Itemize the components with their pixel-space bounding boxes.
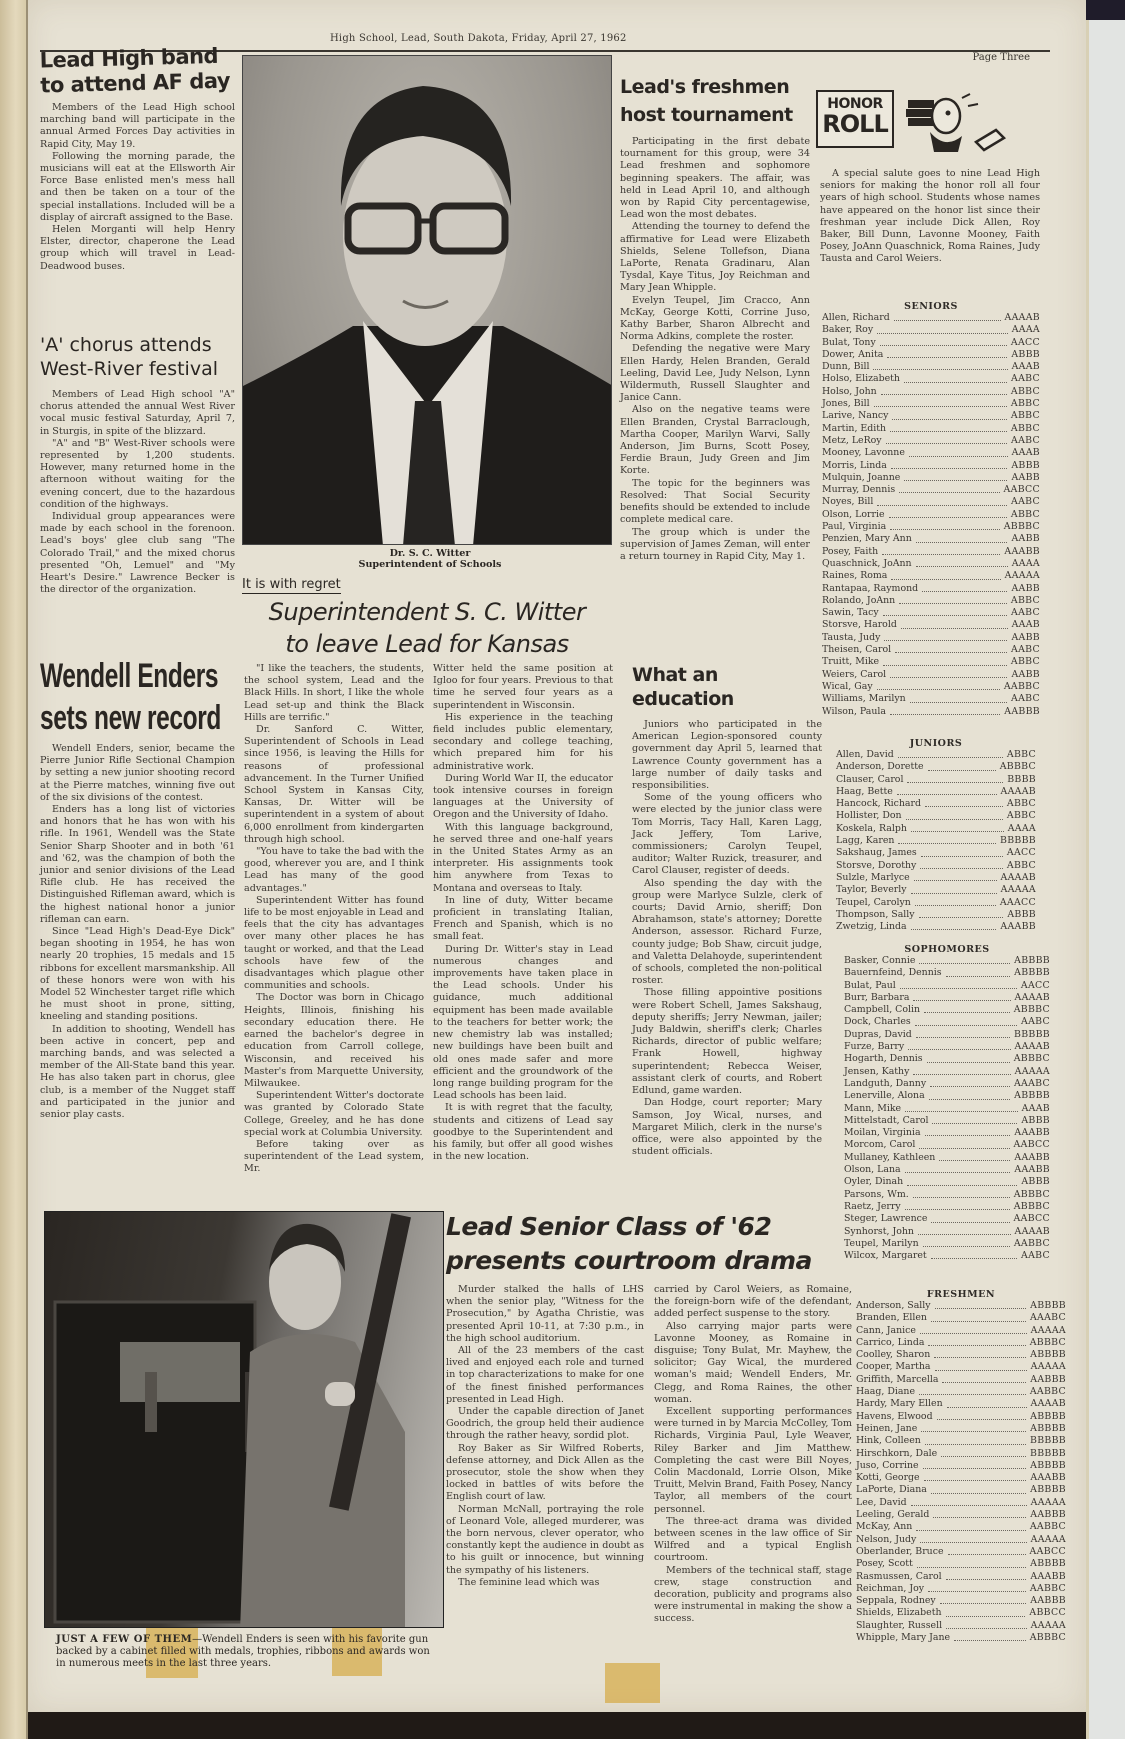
- student-grades: ABBC: [1011, 423, 1040, 435]
- honor-roll-row: Clauser, CarolBBBB: [836, 774, 1036, 786]
- honor-roll-row: Larive, NancyABBC: [822, 410, 1040, 422]
- background-edge: [28, 1712, 1086, 1739]
- honor-roll-row: Havens, ElwoodABBBB: [856, 1411, 1066, 1423]
- student-name: Sulzle, Marlyce: [836, 872, 910, 884]
- paragraph: The Doctor was born in Chicago Heights, …: [244, 992, 424, 1090]
- photo-illustration: [45, 1212, 444, 1628]
- caption-title: Superintendent of Schools: [330, 559, 530, 570]
- student-name: Steger, Lawrence: [844, 1213, 927, 1225]
- student-grades: AAABC: [1014, 1078, 1050, 1090]
- honor-roll-row: Jones, BillABBC: [822, 398, 1040, 410]
- paragraph: The topic for the beginners was Resolved…: [620, 478, 810, 527]
- honor-roll-row: Olson, LanaAAABB: [844, 1164, 1050, 1176]
- witter-body-col2: Witter held the same position at Igloo f…: [433, 663, 613, 1163]
- student-name: Bulat, Paul: [844, 980, 896, 992]
- student-name: Murray, Dennis: [822, 484, 895, 496]
- honor-roll-row: Holso, ElizabethAABC: [822, 373, 1040, 385]
- honor-roll-row: Zwetzig, LindaAAABB: [836, 921, 1036, 933]
- debate-body: Participating in the first debate tourna…: [620, 136, 810, 563]
- student-grades: AAAAB: [1031, 1398, 1066, 1410]
- leader-dots: [883, 656, 1007, 665]
- paragraph: Members of the technical staff, stage cr…: [654, 1565, 852, 1626]
- honor-roll-row: Thompson, SallyABBB: [836, 909, 1036, 921]
- student-grades: AAAAB: [1015, 1041, 1050, 1053]
- leader-dots: [933, 1509, 1026, 1518]
- student-grades: BBBBB: [1030, 1435, 1066, 1447]
- leader-dots: [890, 521, 1000, 530]
- leader-dots: [886, 435, 1007, 444]
- seniors-list: SENIORS Allen, RichardAAAABBaker, RoyAAA…: [822, 301, 1040, 718]
- student-grades: AAAAB: [1015, 992, 1050, 1004]
- student-name: Mann, Mike: [844, 1103, 901, 1115]
- leader-dots: [925, 1127, 1011, 1136]
- student-name: Bulat, Tony: [822, 337, 876, 349]
- honor-roll-row: Lenerville, AlonaABBBB: [844, 1090, 1050, 1102]
- drama-story: Lead Senior Class of '62 presents courtr…: [446, 1210, 856, 1278]
- paragraph: During World War II, the educator took i…: [433, 773, 613, 822]
- student-name: Theisen, Carol: [822, 644, 891, 656]
- background-edge: [1086, 0, 1125, 20]
- leader-dots: [916, 1521, 1026, 1530]
- honor-roll-row: Bulat, PaulAACC: [844, 980, 1050, 992]
- leader-dots: [932, 1115, 1017, 1124]
- leader-dots: [914, 872, 997, 881]
- student-grades: AABBC: [1004, 681, 1040, 693]
- honor-roll-row: Slaughter, RussellAAAAA: [856, 1620, 1066, 1632]
- student-name: Clauser, Carol: [836, 774, 903, 786]
- student-grades: AAABB: [1000, 921, 1036, 933]
- leader-dots: [901, 619, 1008, 628]
- student-name: Reichman, Joy: [856, 1583, 924, 1595]
- student-grades: ABBC: [1007, 798, 1036, 810]
- student-grades: ABBBC: [1004, 521, 1040, 533]
- student-grades: ABBB: [1011, 349, 1040, 361]
- leader-dots: [935, 1361, 1027, 1370]
- education-story: What an education Juniors who participat…: [632, 663, 822, 1158]
- leader-dots: [920, 1325, 1027, 1334]
- honor-roll-row: Mittelstadt, CarolABBB: [844, 1115, 1050, 1127]
- honor-roll-row: Anderson, DoretteABBBC: [836, 761, 1036, 773]
- student-grades: ABBBB: [1030, 1411, 1066, 1423]
- enders-trophy-photo: [44, 1211, 444, 1628]
- student-grades: ABBC: [1011, 386, 1040, 398]
- leader-dots: [894, 312, 1001, 321]
- honor-roll-row: Mann, MikeAAAB: [844, 1103, 1050, 1115]
- leader-dots: [929, 1090, 1010, 1099]
- student-name: Penzien, Mary Ann: [822, 533, 912, 545]
- paragraph: Enders has a long list of victories and …: [40, 804, 235, 926]
- leader-dots: [904, 472, 1007, 481]
- honor-roll-row: Rolando, JoAnnABBC: [822, 595, 1040, 607]
- leader-dots: [925, 798, 1003, 807]
- student-grades: ABBC: [1007, 810, 1036, 822]
- student-name: Dower, Anita: [822, 349, 883, 361]
- leader-dots: [937, 1411, 1027, 1420]
- honor-roll-row: Paul, VirginiaABBBC: [822, 521, 1040, 533]
- student-grades: ABBBB: [1030, 1460, 1066, 1472]
- student-grades: AABBB: [1004, 706, 1040, 718]
- paragraph: With this language background, he served…: [433, 822, 613, 895]
- paragraph: Also spending the day with the group wer…: [632, 878, 822, 988]
- honor-roll-row: Steger, LawrenceAABCC: [844, 1213, 1050, 1225]
- honor-roll-row: Griffith, MarcellaAABBB: [856, 1374, 1066, 1386]
- student-name: Koskela, Ralph: [836, 823, 907, 835]
- student-grades: AAAAA: [1031, 1325, 1066, 1337]
- binder-edge: [0, 0, 28, 1739]
- honor-roll-row: Seppala, RodneyAABBB: [856, 1595, 1066, 1607]
- leader-dots: [899, 484, 999, 493]
- paragraph: All of the 23 members of the cast lived …: [446, 1345, 644, 1406]
- honor-roll-row: Cooper, MarthaAAAAA: [856, 1361, 1066, 1373]
- honor-roll-row: Oyler, DinahABBB: [844, 1176, 1050, 1188]
- leader-dots: [931, 1312, 1026, 1321]
- leader-dots: [924, 1004, 1010, 1013]
- student-name: Cann, Janice: [856, 1325, 916, 1337]
- page-number: Page Three: [973, 52, 1030, 63]
- student-grades: ABBB: [1021, 1176, 1050, 1188]
- honor-roll-row: Moilan, VirginiaAAABB: [844, 1127, 1050, 1139]
- student-name: Whipple, Mary Jane: [856, 1632, 950, 1644]
- adjacent-page-edge: [1086, 20, 1125, 1739]
- witter-portrait-photo: [242, 55, 612, 545]
- student-name: Cooper, Martha: [856, 1361, 931, 1373]
- leader-dots: [892, 410, 1006, 419]
- headline-line: to leave Lead for Kansas: [242, 628, 612, 660]
- leader-dots: [877, 496, 1007, 505]
- student-name: Larive, Nancy: [822, 410, 888, 422]
- student-grades: AABC: [1011, 435, 1040, 447]
- honor-roll-logo: HONOR ROLL: [816, 90, 894, 148]
- student-name: Jones, Bill: [822, 398, 870, 410]
- headline-line: Superintendent S. C. Witter: [242, 596, 612, 628]
- leader-dots: [910, 693, 1007, 702]
- student-grades: ABBBB: [1014, 955, 1050, 967]
- student-name: Furze, Barry: [844, 1041, 904, 1053]
- student-name: Sakshaug, James: [836, 847, 917, 859]
- honor-roll-row: Leeling, GeraldAABBB: [856, 1509, 1066, 1521]
- student-name: Quaschnick, JoAnn: [822, 558, 912, 570]
- chorus-headline: 'A' chorus attends West-River festival: [40, 333, 235, 381]
- leader-dots: [898, 749, 1003, 758]
- drama-body-col2: carried by Carol Weiers, as Romaine, the…: [654, 1284, 852, 1626]
- student-grades: AABBC: [1030, 1386, 1066, 1398]
- leader-dots: [946, 1607, 1026, 1616]
- honor-roll-row: Koskela, RalphAAAA: [836, 823, 1036, 835]
- leader-dots: [913, 1066, 1010, 1075]
- student-grades: AAAAA: [1015, 1066, 1050, 1078]
- student-grades: AAAA: [1012, 558, 1040, 570]
- student-name: Dupras, David: [844, 1029, 912, 1041]
- student-name: Hollister, Don: [836, 810, 902, 822]
- leader-dots: [883, 607, 1007, 616]
- leader-dots: [947, 1398, 1027, 1407]
- paragraph: Those filling appointive positions were …: [632, 987, 822, 1097]
- paragraph: Superintendent Witter has found life to …: [244, 895, 424, 993]
- student-grades: AABC: [1011, 373, 1040, 385]
- leader-dots: [915, 1016, 1017, 1025]
- leader-dots: [939, 1152, 1010, 1161]
- student-grades: AABCC: [1014, 1139, 1050, 1151]
- student-grades: AAABB: [1030, 1571, 1066, 1583]
- student-grades: AAAAB: [1015, 1226, 1050, 1238]
- student-name: Hancock, Richard: [836, 798, 921, 810]
- student-grades: AAACC: [1000, 897, 1036, 909]
- honor-roll-row: Sulzle, MarlyceAAAAB: [836, 872, 1036, 884]
- student-name: Bauernfeind, Dennis: [844, 967, 942, 979]
- student-name: Wilcox, Margaret: [844, 1250, 927, 1262]
- student-name: Mulquin, Joanne: [822, 472, 900, 484]
- leader-dots: [931, 1250, 1017, 1259]
- student-grades: BBBB: [1007, 774, 1036, 786]
- student-grades: AAAB: [1022, 1103, 1050, 1115]
- leader-dots: [908, 1041, 1010, 1050]
- student-grades: AABBB: [1030, 1509, 1066, 1521]
- leader-dots: [920, 1534, 1026, 1543]
- sophomores-rows: Basker, ConnieABBBBBauernfeind, DennisAB…: [844, 955, 1050, 1262]
- student-name: Lee, David: [856, 1497, 907, 1509]
- student-name: Mittelstadt, Carol: [844, 1115, 928, 1127]
- paragraph: Superintendent Witter's doctorate was gr…: [244, 1090, 424, 1139]
- leader-dots: [935, 1300, 1027, 1309]
- honor-roll-row: Basker, ConnieABBBB: [844, 955, 1050, 967]
- student-name: Juso, Corrine: [856, 1460, 919, 1472]
- student-name: Havens, Elwood: [856, 1411, 933, 1423]
- student-grades: ABBBC: [1014, 1004, 1050, 1016]
- honor-roll-row: Parsons, Wm.ABBBC: [844, 1189, 1050, 1201]
- student-name: Posey, Scott: [856, 1558, 913, 1570]
- student-grades: AABC: [1021, 1016, 1050, 1028]
- headline-line: 'A' chorus attends: [40, 333, 235, 357]
- honor-roll-row: Baker, RoyAAAA: [822, 324, 1040, 336]
- honor-roll-row: Raetz, JerryABBBC: [844, 1201, 1050, 1213]
- student-grades: AAAAB: [1001, 786, 1036, 798]
- student-name: Allen, David: [836, 749, 894, 761]
- paragraph: The three-act drama was divided between …: [654, 1516, 852, 1565]
- paragraph: The feminine lead which was: [446, 1577, 644, 1589]
- student-name: Nelson, Judy: [856, 1534, 916, 1546]
- student-name: Morris, Linda: [822, 460, 887, 472]
- leader-dots: [919, 1386, 1026, 1395]
- student-name: Hardy, Mary Ellen: [856, 1398, 943, 1410]
- headline-line: sets new record: [40, 697, 234, 739]
- student-grades: AABBB: [1030, 1374, 1066, 1386]
- student-grades: AAAA: [1012, 324, 1040, 336]
- student-grades: ABBC: [1011, 656, 1040, 668]
- honor-roll-row: Storsve, HaroldAAAB: [822, 619, 1040, 631]
- student-name: Slaughter, Russell: [856, 1620, 942, 1632]
- leader-dots: [940, 1595, 1027, 1604]
- student-grades: ABBBB: [1030, 1300, 1066, 1312]
- honor-roll-row: Noyes, BillAABC: [822, 496, 1040, 508]
- leader-dots: [918, 1226, 1011, 1235]
- paragraph: carried by Carol Weiers, as Romaine, the…: [654, 1284, 852, 1321]
- student-grades: AABBC: [1030, 1583, 1066, 1595]
- list-heading: SENIORS: [822, 301, 1040, 312]
- honor-roll-row: Cann, JaniceAAAAA: [856, 1325, 1066, 1337]
- student-name: Anderson, Dorette: [836, 761, 924, 773]
- paragraph: Dan Hodge, court reporter; Mary Samson, …: [632, 1097, 822, 1158]
- student-grades: AABB: [1011, 669, 1040, 681]
- leader-dots: [946, 967, 1011, 976]
- student-name: Teupel, Carolyn: [836, 897, 911, 909]
- student-name: Dunn, Bill: [822, 361, 869, 373]
- student-name: Storsve, Dorothy: [836, 860, 916, 872]
- student-grades: AAAAA: [1031, 1534, 1066, 1546]
- leader-dots: [911, 921, 997, 930]
- student-name: Olson, Lorrie: [822, 509, 885, 521]
- leader-dots: [931, 1484, 1026, 1493]
- honor-roll-row: Furze, BarryAAAAB: [844, 1041, 1050, 1053]
- student-name: LaPorte, Diana: [856, 1484, 927, 1496]
- honor-roll-row: Olson, LorrieABBC: [822, 509, 1040, 521]
- honor-roll-row: Nelson, JudyAAAAA: [856, 1534, 1066, 1546]
- student-grades: AACC: [1007, 847, 1036, 859]
- leader-dots: [946, 1620, 1027, 1629]
- enders-headline: Wendell Enders sets new record: [40, 655, 234, 739]
- student-name: Mullaney, Kathleen: [844, 1152, 935, 1164]
- leader-dots: [930, 1078, 1010, 1087]
- honor-roll-row: Truitt, MikeABBC: [822, 656, 1040, 668]
- honor-roll-row: Rasmussen, CarolAAABB: [856, 1571, 1066, 1583]
- student-grades: ABBBC: [1000, 761, 1036, 773]
- student-grades: AAAB: [1012, 619, 1040, 631]
- paragraph: "You have to take the bad with the good,…: [244, 846, 424, 895]
- paragraph: Since "Lead High's Dead-Eye Dick" began …: [40, 926, 235, 1024]
- leader-dots: [905, 1164, 1011, 1173]
- student-name: Oberlander, Bruce: [856, 1546, 944, 1558]
- student-grades: BBBBB: [1030, 1448, 1066, 1460]
- student-grades: AAABB: [1014, 1152, 1050, 1164]
- student-name: Sawin, Tacy: [822, 607, 879, 619]
- student-grades: AABBB: [1030, 1595, 1066, 1607]
- student-grades: ABBBC: [1030, 1632, 1066, 1644]
- student-name: Holso, John: [822, 386, 877, 398]
- paragraph: Dr. Sanford C. Witter, Superintendent of…: [244, 724, 424, 846]
- leader-dots: [927, 1053, 1010, 1062]
- leader-dots: [911, 823, 1004, 832]
- student-name: Metz, LeRoy: [822, 435, 882, 447]
- headline-line: to attend AF day: [40, 68, 236, 98]
- honor-roll-row: Mullaney, KathleenAAABB: [844, 1152, 1050, 1164]
- leader-dots: [877, 324, 1008, 333]
- honor-roll-row: Coolley, SharonABBBB: [856, 1349, 1066, 1361]
- leader-dots: [931, 1213, 1009, 1222]
- list-heading: SOPHOMORES: [844, 944, 1050, 955]
- leader-dots: [928, 1583, 1026, 1592]
- leader-dots: [895, 644, 1007, 653]
- leader-dots: [934, 1349, 1026, 1358]
- student-grades: ABBC: [1007, 860, 1036, 872]
- student-name: Basker, Connie: [844, 955, 915, 967]
- student-grades: ABBBB: [1030, 1558, 1066, 1570]
- leader-dots: [898, 835, 996, 844]
- honor-roll-row: Whipple, Mary JaneABBBC: [856, 1632, 1066, 1644]
- honor-roll-row: Burr, BarbaraAAAAB: [844, 992, 1050, 1004]
- cutline-lead: JUST A FEW OF THEM: [56, 1634, 192, 1645]
- paragraph: Under the capable direction of Janet Goo…: [446, 1406, 644, 1443]
- paragraph: Participating in the first debate tourna…: [620, 136, 810, 221]
- leader-dots: [915, 897, 996, 906]
- honor-roll-row: Carrico, LindaABBBC: [856, 1337, 1066, 1349]
- freshmen-rows: Anderson, SallyABBBBBranden, EllenAAABCC…: [856, 1300, 1066, 1644]
- student-grades: AAAAA: [1031, 1361, 1066, 1373]
- headline-line: Lead's freshmen: [620, 73, 810, 101]
- honor-roll-row: Haag, BetteAAAAB: [836, 786, 1036, 798]
- paragraph: The group which is under the supervision…: [620, 527, 810, 564]
- leader-dots: [919, 909, 1004, 918]
- student-grades: AAAA: [1008, 823, 1036, 835]
- student-grades: AAABB: [1030, 1472, 1066, 1484]
- paragraph: Individual group appearances were made b…: [40, 511, 235, 596]
- leader-dots: [922, 583, 1007, 592]
- juniors-rows: Allen, DavidABBCAnderson, DoretteABBBCCl…: [836, 749, 1036, 933]
- student-grades: AABB: [1011, 583, 1040, 595]
- leader-dots: [913, 992, 1010, 1001]
- honor-roll-row: Morcom, CarolAABCC: [844, 1139, 1050, 1151]
- student-grades: ABBBC: [1014, 1189, 1050, 1201]
- leader-dots: [906, 810, 1003, 819]
- student-grades: AABB: [1011, 632, 1040, 644]
- student-name: Wical, Gay: [822, 681, 873, 693]
- student-name: McKay, Ann: [856, 1521, 912, 1533]
- honor-roll-row: Posey, ScottABBBB: [856, 1558, 1066, 1570]
- leader-dots: [900, 980, 1017, 989]
- band-body: Members of the Lead High school marching…: [40, 102, 235, 273]
- chorus-body: Members of Lead High school "A" chorus a…: [40, 389, 235, 596]
- leader-dots: [884, 632, 1007, 641]
- honor-roll-row: Hink, ColleenBBBBB: [856, 1435, 1066, 1447]
- paragraph: Roy Baker as Sir Wilfred Roberts, defens…: [446, 1443, 644, 1504]
- student-grades: ABBBB: [1030, 1349, 1066, 1361]
- student-grades: AAABB: [1004, 546, 1040, 558]
- debate-story: Lead's freshmen host tournament Particip…: [620, 73, 810, 563]
- paragraph: Also carrying major parts were Lavonne M…: [654, 1321, 852, 1406]
- leader-dots: [891, 460, 1008, 469]
- leader-dots: [925, 1435, 1026, 1444]
- honor-roll-row: Allen, RichardAAAAB: [822, 312, 1040, 324]
- student-grades: AAAAA: [1001, 884, 1036, 896]
- student-grades: BBBBB: [1014, 1029, 1050, 1041]
- honor-roll-row: Williams, MarilynAABC: [822, 693, 1040, 705]
- paragraph: Excellent supporting performances were t…: [654, 1406, 852, 1516]
- masthead-dateline: High School, Lead, South Dakota, Friday,…: [330, 33, 627, 44]
- leader-dots: [923, 1460, 1027, 1469]
- honor-roll-row: Weiers, CarolAABB: [822, 669, 1040, 681]
- paragraph: Murder stalked the halls of LHS when the…: [446, 1284, 644, 1345]
- honor-roll-row: Mooney, LavonneAAAB: [822, 447, 1040, 459]
- paragraph: Defending the negative were Mary Ellen H…: [620, 343, 810, 404]
- honor-roll-row: Dupras, DavidBBBBB: [844, 1029, 1050, 1041]
- leader-dots: [873, 361, 1007, 370]
- student-name: Dock, Charles: [844, 1016, 911, 1028]
- honor-roll-row: Hancock, RichardABBC: [836, 798, 1036, 810]
- leader-dots: [909, 447, 1008, 456]
- honor-roll-row: Hollister, DonABBC: [836, 810, 1036, 822]
- student-name: Branden, Ellen: [856, 1312, 927, 1324]
- witter-body-col1: "I like the teachers, the students, the …: [244, 663, 424, 1176]
- student-name: Landguth, Danny: [844, 1078, 926, 1090]
- leader-dots: [907, 1176, 1017, 1185]
- leader-dots: [880, 337, 1007, 346]
- student-name: Rasmussen, Carol: [856, 1571, 942, 1583]
- honor-roll-row: Wical, GayAABBC: [822, 681, 1040, 693]
- student-grades: ABBBB: [1014, 1090, 1050, 1102]
- honor-roll-row: Dunn, BillAAAB: [822, 361, 1040, 373]
- student-name: Rolando, JoAnn: [822, 595, 895, 607]
- honor-roll-row: Jensen, KathyAAAAA: [844, 1066, 1050, 1078]
- student-grades: ABBC: [1011, 410, 1040, 422]
- honor-roll-row: LaPorte, DianaABBBB: [856, 1484, 1066, 1496]
